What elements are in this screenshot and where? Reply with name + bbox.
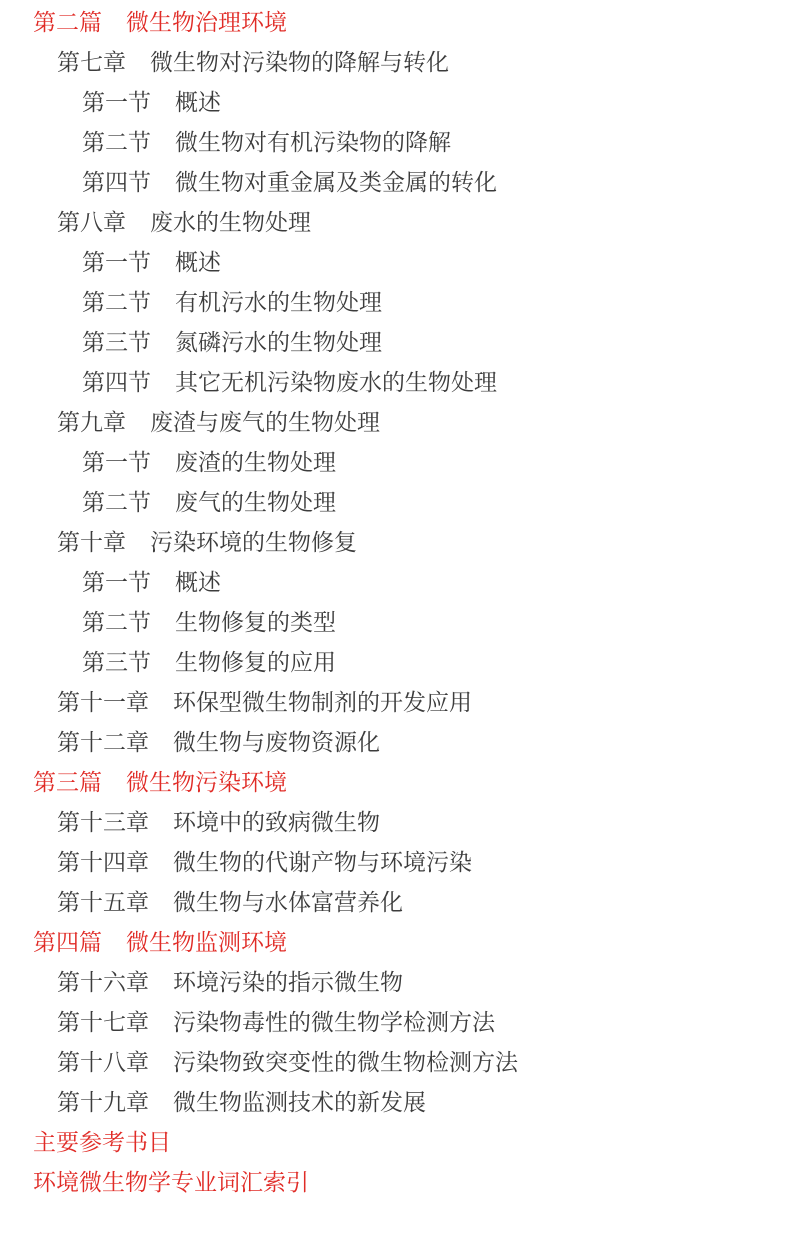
toc-chapter-row: 第十章污染环境的生物修复 [0, 522, 790, 562]
toc-item-label: 第三节 [82, 329, 151, 355]
toc-chapter-row: 第十七章污染物毒性的微生物学检测方法 [0, 1002, 790, 1042]
toc-section-row: 第二节废气的生物处理 [0, 482, 790, 522]
toc-item-label: 第二节 [82, 129, 151, 155]
toc-item-title: 废水的生物处理 [150, 209, 311, 235]
toc-item-label: 第一节 [82, 449, 151, 475]
toc-item-title: 生物修复的应用 [175, 649, 336, 675]
toc-item-title: 废渣与废气的生物处理 [150, 409, 380, 435]
toc-item-label: 第十三章 [57, 809, 149, 835]
toc-backmatter-row: 环境微生物学专业词汇索引 [0, 1162, 790, 1202]
toc-item-label: 第十七章 [57, 1009, 149, 1035]
toc-backmatter-row: 主要参考书目 [0, 1122, 790, 1162]
toc-item-title: 污染物毒性的微生物学检测方法 [173, 1009, 495, 1035]
toc-section-row: 第二节微生物对有机污染物的降解 [0, 122, 790, 162]
toc-item-title: 微生物与废物资源化 [173, 729, 380, 755]
toc-section-row: 第二节生物修复的类型 [0, 602, 790, 642]
toc-item-title: 废气的生物处理 [175, 489, 336, 515]
toc-item-label: 第四篇 [33, 929, 102, 955]
toc-chapter-row: 第十二章微生物与废物资源化 [0, 722, 790, 762]
toc-section-row: 第一节废渣的生物处理 [0, 442, 790, 482]
toc-chapter-row: 第八章废水的生物处理 [0, 202, 790, 242]
toc-item-title: 微生物对污染物的降解与转化 [150, 49, 449, 75]
toc-item-label: 第十九章 [57, 1089, 149, 1115]
toc-item-label: 第十六章 [57, 969, 149, 995]
toc-item-title: 微生物治理环境 [126, 9, 287, 35]
toc-item-label: 第二节 [82, 289, 151, 315]
table-of-contents: 第二篇微生物治理环境 第七章微生物对污染物的降解与转化 第一节概述 第二节微生物… [0, 0, 790, 1202]
toc-item-label: 第一节 [82, 89, 151, 115]
toc-item-title: 微生物的代谢产物与环境污染 [173, 849, 472, 875]
toc-item-title: 微生物与水体富营养化 [173, 889, 403, 915]
toc-section-row: 第三节生物修复的应用 [0, 642, 790, 682]
toc-chapter-row: 第十三章环境中的致病微生物 [0, 802, 790, 842]
toc-section-row: 第四节微生物对重金属及类金属的转化 [0, 162, 790, 202]
toc-item-title: 概述 [175, 89, 221, 115]
toc-chapter-row: 第七章微生物对污染物的降解与转化 [0, 42, 790, 82]
toc-item-title: 环境中的致病微生物 [173, 809, 380, 835]
toc-item-label: 第二节 [82, 609, 151, 635]
toc-section-row: 第一节概述 [0, 242, 790, 282]
toc-part-row: 第二篇微生物治理环境 [0, 2, 790, 42]
toc-item-title: 微生物监测技术的新发展 [173, 1089, 426, 1115]
toc-item-title: 有机污水的生物处理 [175, 289, 382, 315]
toc-item-label: 环境微生物学专业词汇索引 [33, 1169, 309, 1195]
toc-item-label: 第三节 [82, 649, 151, 675]
toc-chapter-row: 第九章废渣与废气的生物处理 [0, 402, 790, 442]
toc-section-row: 第一节概述 [0, 562, 790, 602]
toc-item-title: 污染物致突变性的微生物检测方法 [173, 1049, 518, 1075]
toc-item-title: 概述 [175, 249, 221, 275]
toc-item-title: 微生物监测环境 [126, 929, 287, 955]
toc-item-label: 第十四章 [57, 849, 149, 875]
toc-chapter-row: 第十四章微生物的代谢产物与环境污染 [0, 842, 790, 882]
toc-item-label: 第二节 [82, 489, 151, 515]
toc-item-label: 第十二章 [57, 729, 149, 755]
toc-item-label: 第七章 [57, 49, 126, 75]
toc-section-row: 第一节概述 [0, 82, 790, 122]
toc-item-title: 氮磷污水的生物处理 [175, 329, 382, 355]
toc-item-label: 第四节 [82, 369, 151, 395]
toc-item-label: 第十八章 [57, 1049, 149, 1075]
toc-item-title: 废渣的生物处理 [175, 449, 336, 475]
toc-item-title: 环境污染的指示微生物 [173, 969, 403, 995]
toc-item-label: 第一节 [82, 249, 151, 275]
toc-section-row: 第三节氮磷污水的生物处理 [0, 322, 790, 362]
toc-chapter-row: 第十九章微生物监测技术的新发展 [0, 1082, 790, 1122]
toc-item-label: 第十五章 [57, 889, 149, 915]
toc-item-title: 微生物对重金属及类金属的转化 [175, 169, 497, 195]
toc-item-label: 第八章 [57, 209, 126, 235]
toc-item-label: 第十一章 [57, 689, 149, 715]
toc-part-row: 第三篇微生物污染环境 [0, 762, 790, 802]
toc-section-row: 第二节有机污水的生物处理 [0, 282, 790, 322]
toc-item-title: 其它无机污染物废水的生物处理 [175, 369, 497, 395]
toc-item-title: 污染环境的生物修复 [150, 529, 357, 555]
toc-item-label: 主要参考书目 [33, 1129, 171, 1155]
toc-chapter-row: 第十八章污染物致突变性的微生物检测方法 [0, 1042, 790, 1082]
toc-item-label: 第十章 [57, 529, 126, 555]
toc-chapter-row: 第十一章环保型微生物制剂的开发应用 [0, 682, 790, 722]
toc-item-label: 第二篇 [33, 9, 102, 35]
toc-item-title: 生物修复的类型 [175, 609, 336, 635]
toc-section-row: 第四节其它无机污染物废水的生物处理 [0, 362, 790, 402]
toc-item-label: 第一节 [82, 569, 151, 595]
toc-part-row: 第四篇微生物监测环境 [0, 922, 790, 962]
toc-item-title: 微生物对有机污染物的降解 [175, 129, 451, 155]
toc-item-label: 第九章 [57, 409, 126, 435]
toc-item-title: 概述 [175, 569, 221, 595]
toc-item-title: 环保型微生物制剂的开发应用 [173, 689, 472, 715]
toc-chapter-row: 第十六章环境污染的指示微生物 [0, 962, 790, 1002]
toc-item-label: 第三篇 [33, 769, 102, 795]
toc-item-label: 第四节 [82, 169, 151, 195]
toc-chapter-row: 第十五章微生物与水体富营养化 [0, 882, 790, 922]
toc-item-title: 微生物污染环境 [126, 769, 287, 795]
